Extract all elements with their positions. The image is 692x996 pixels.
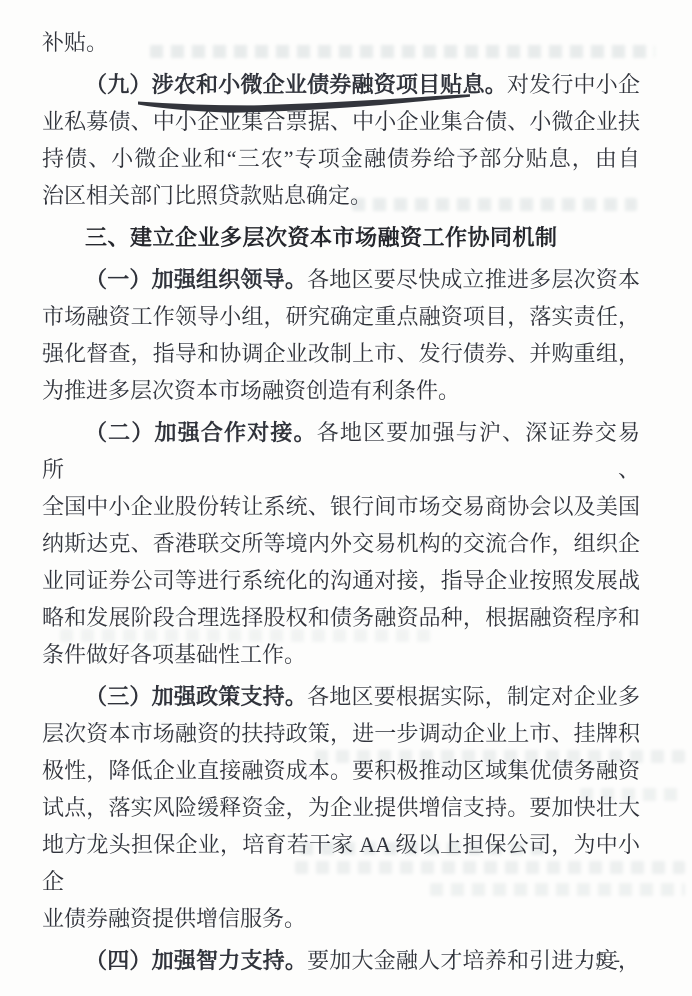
text-segment: 极性，降低企业直接融资成本。要积极推动区域集优债务融资 bbox=[42, 758, 640, 783]
text-segment: 对发行中小企 bbox=[507, 72, 640, 97]
section-heading: 三、建立企业多层次资本市场融资工作协同机制 bbox=[42, 219, 640, 256]
text-segment: 业债券融资提供增信服务。 bbox=[42, 906, 306, 931]
text-line: 业债券融资提供增信服务。 bbox=[42, 900, 640, 937]
document-body: 补贴。（九）涉农和小微企业债券融资项目贴息。对发行中小企 业私募债、中小企业集合… bbox=[42, 24, 640, 979]
text-segment: 强化督查，指导和协调企业改制上市、发行债券、并购重组， bbox=[42, 341, 640, 366]
text-segment: 持债、小微企业和“三农”专项金融债券给予部分贴息，由自 bbox=[42, 146, 640, 171]
text-segment: 三、建立企业多层次资本市场融资工作协同机制 bbox=[85, 225, 558, 250]
text-line: 地方龙头担保企业，培育若干家 AA 级以上担保公司，为中小企 bbox=[42, 826, 640, 900]
paragraph-lead: （二）加强合作对接。 bbox=[85, 420, 317, 445]
text-line: 业私募债、中小企业集合票据、中小企业集合债、小微企业扶 bbox=[42, 103, 640, 140]
text-segment: 各地区要尽快成立推进多层次资本 bbox=[307, 267, 640, 292]
text-line: 治区相关部门比照贷款贴息确定。 bbox=[42, 177, 640, 214]
text-segment: 业私募债、中小企业集合票据、中小企业集合债、小微企业扶 bbox=[42, 109, 640, 134]
text-line: 条件做好各项基础性工作。 bbox=[42, 636, 640, 673]
text-line: （四）加强智力支持。要加大金融人才培养和引进力度， bbox=[42, 942, 640, 979]
page-number: - 5 - bbox=[580, 950, 622, 972]
text-segment: 地方龙头担保企业，培育若干家 AA 级以上担保公司，为中小企 bbox=[42, 832, 640, 894]
text-segment: 条件做好各项基础性工作。 bbox=[42, 642, 306, 667]
text-segment: 纳斯达克、香港联交所等境内外交易机构的交流合作，组织企 bbox=[42, 531, 640, 556]
text-segment: 补贴。 bbox=[42, 30, 108, 55]
text-segment: 全国中小企业股份转让系统、银行间市场交易商协会以及美国 bbox=[42, 494, 640, 519]
text-line: 为推进多层次资本市场融资创造有利条件。 bbox=[42, 372, 640, 409]
text-line: 纳斯达克、香港联交所等境内外交易机构的交流合作，组织企 bbox=[42, 525, 640, 562]
text-segment: 治区相关部门比照贷款贴息确定。 bbox=[42, 183, 372, 208]
text-segment: 为推进多层次资本市场融资创造有利条件。 bbox=[42, 378, 460, 403]
paragraph-lead: （一）加强组织领导。 bbox=[85, 267, 307, 292]
text-line: 极性，降低企业直接融资成本。要积极推动区域集优债务融资 bbox=[42, 752, 640, 789]
text-segment: 业同证券公司等进行系统化的沟通对接，指导企业按照发展战 bbox=[42, 568, 640, 593]
text-line: 业同证券公司等进行系统化的沟通对接，指导企业按照发展战 bbox=[42, 562, 640, 599]
text-line: （二）加强合作对接。各地区要加强与沪、深证券交易所、 bbox=[42, 414, 640, 488]
text-line: 略和发展阶段合理选择股权和债务融资品种，根据融资程序和 bbox=[42, 599, 640, 636]
text-line: （三）加强政策支持。各地区要根据实际，制定对企业多 bbox=[42, 678, 640, 715]
text-line: 持债、小微企业和“三农”专项金融债券给予部分贴息，由自 bbox=[42, 140, 640, 177]
paragraph-lead: （三）加强政策支持。 bbox=[85, 684, 307, 709]
text-line: 强化督查，指导和协调企业改制上市、发行债券、并购重组， bbox=[42, 335, 640, 372]
text-line: 试点，落实风险缓释资金，为企业提供增信支持。要加快壮大 bbox=[42, 789, 640, 826]
text-line: 市场融资工作领导小组，研究确定重点融资项目，落实责任， bbox=[42, 298, 640, 335]
text-line: 层次资本市场融资的扶持政策，进一步调动企业上市、挂牌积 bbox=[42, 715, 640, 752]
text-segment: 各地区要根据实际，制定对企业多 bbox=[307, 684, 640, 709]
text-line: 补贴。 bbox=[42, 24, 640, 61]
text-segment: 层次资本市场融资的扶持政策，进一步调动企业上市、挂牌积 bbox=[42, 721, 640, 746]
paragraph-lead: （四）加强智力支持。 bbox=[85, 948, 307, 973]
text-line: （一）加强组织领导。各地区要尽快成立推进多层次资本 bbox=[42, 261, 640, 298]
text-line: 全国中小企业股份转让系统、银行间市场交易商协会以及美国 bbox=[42, 488, 640, 525]
text-segment: 试点，落实风险缓释资金，为企业提供增信支持。要加快壮大 bbox=[42, 795, 640, 820]
text-segment: 市场融资工作领导小组，研究确定重点融资项目，落实责任， bbox=[42, 304, 640, 329]
text-segment: 略和发展阶段合理选择股权和债务融资品种，根据融资程序和 bbox=[42, 605, 640, 630]
text-line: （九）涉农和小微企业债券融资项目贴息。对发行中小企 bbox=[42, 66, 640, 103]
paragraph-lead: （九） bbox=[85, 72, 152, 97]
paragraph-lead: 涉农和小微企业债券融资项目贴息。 bbox=[152, 72, 507, 97]
scanned-document-page: 补贴。（九）涉农和小微企业债券融资项目贴息。对发行中小企 业私募债、中小企业集合… bbox=[0, 0, 692, 996]
